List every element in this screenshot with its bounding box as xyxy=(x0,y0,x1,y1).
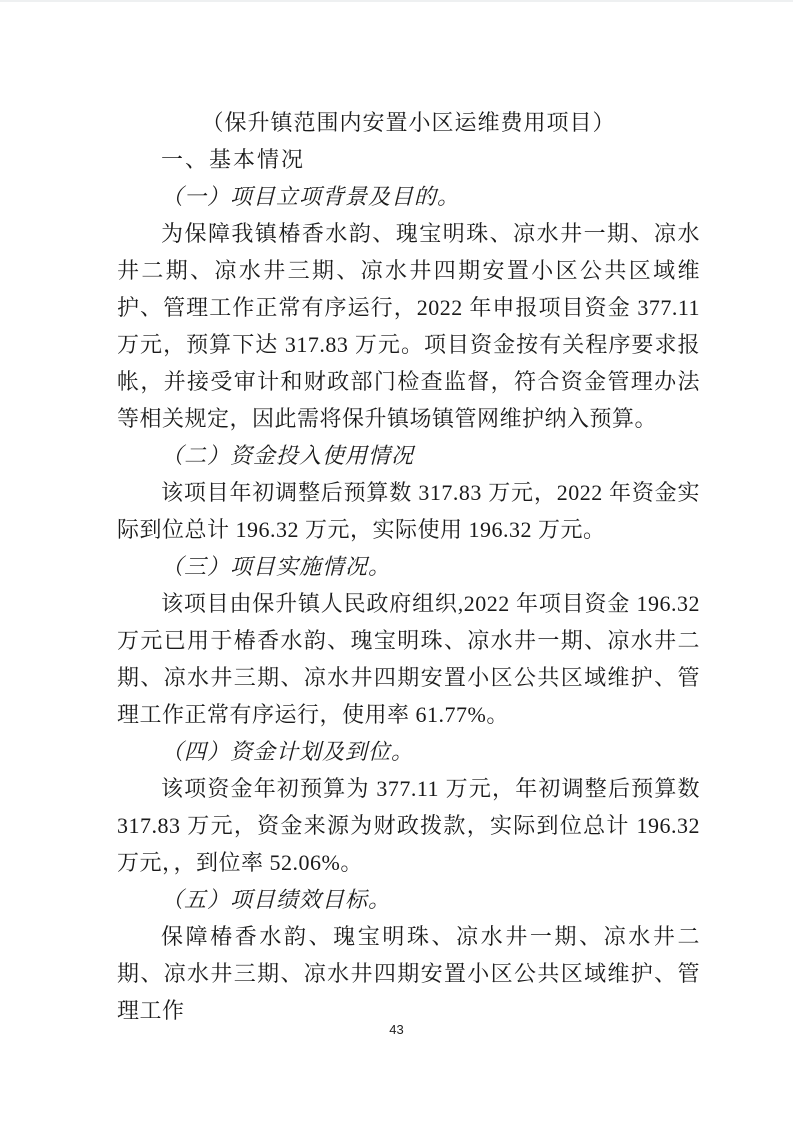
page-number: 43 xyxy=(0,1022,793,1037)
subsection-heading-project-background: （一）项目立项背景及目的。 xyxy=(117,178,700,215)
document-title: （保升镇范围内安置小区运维费用项目） xyxy=(117,104,700,141)
section-heading-basic-info: 一、基本情况 xyxy=(117,141,700,178)
paragraph-project-background: 为保障我镇椿香水韵、瑰宝明珠、凉水井一期、凉水井二期、凉水井三期、凉水井四期安置… xyxy=(117,215,700,437)
subsection-heading-fund-usage: （二）资金投入使用情况 xyxy=(117,437,700,474)
subsection-heading-fund-plan: （四）资金计划及到位。 xyxy=(117,733,700,770)
document-page: （保升镇范围内安置小区运维费用项目） 一、基本情况 （一）项目立项背景及目的。 … xyxy=(0,0,793,1122)
paragraph-fund-usage: 该项目年初调整后预算数 317.83 万元，2022 年资金实际到位总计 196… xyxy=(117,474,700,548)
paragraph-fund-plan: 该项资金年初预算为 377.11 万元，年初调整后预算数 317.83 万元，资… xyxy=(117,770,700,881)
paragraph-performance-goal: 保障椿香水韵、瑰宝明珠、凉水井一期、凉水井二期、凉水井三期、凉水井四期安置小区公… xyxy=(117,918,700,1029)
paragraph-implementation: 该项目由保升镇人民政府组织,2022 年项目资金 196.32 万元已用于椿香水… xyxy=(117,585,700,733)
subsection-heading-implementation: （三）项目实施情况。 xyxy=(117,548,700,585)
subsection-heading-performance-goal: （五）项目绩效目标。 xyxy=(117,881,700,918)
document-content: （保升镇范围内安置小区运维费用项目） 一、基本情况 （一）项目立项背景及目的。 … xyxy=(0,2,793,1029)
